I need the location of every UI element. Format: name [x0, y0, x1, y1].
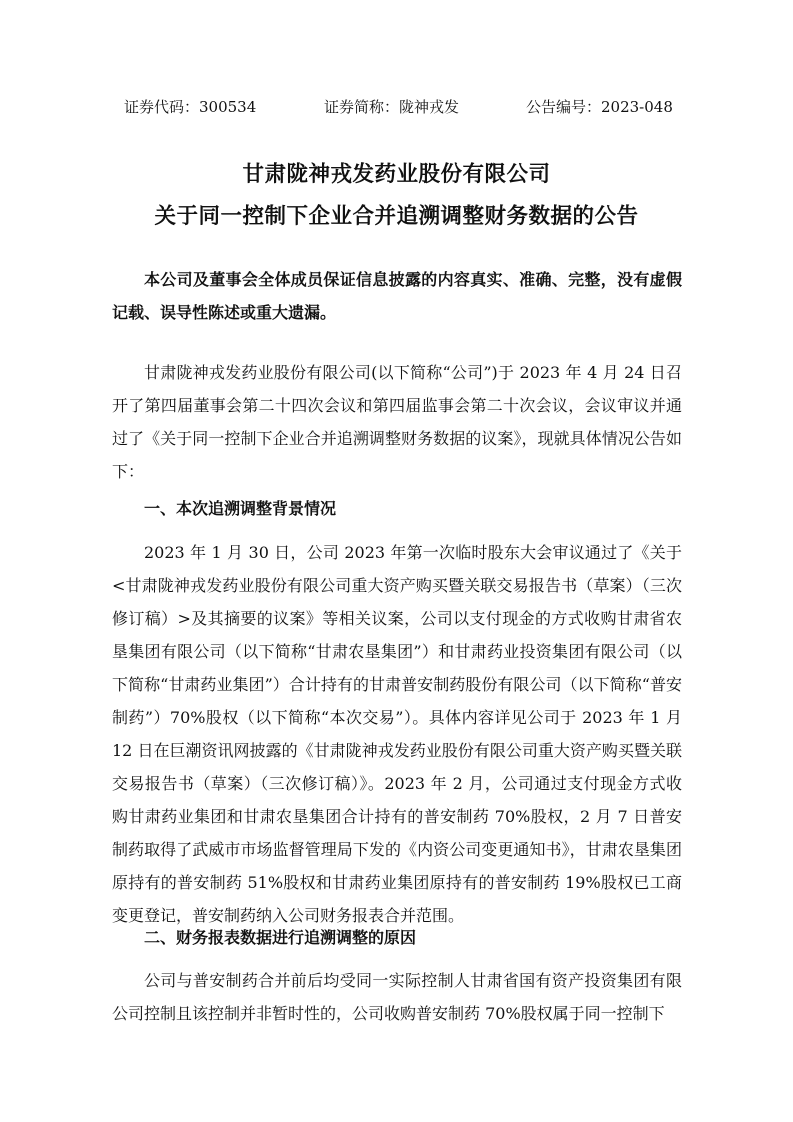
section-1-heading: 一、本次追溯调整背景情况	[144, 497, 336, 521]
document-header: 证券代码：300534 证券简称：陇神戎发 公告编号：2023-048	[124, 96, 680, 116]
stock-name: 证券简称：陇神戎发	[324, 96, 459, 117]
intro-paragraph: 甘肃陇神戎发药业股份有限公司(以下简称“公司”)于 2023 年 4 月 24 …	[112, 356, 682, 488]
board-statement: 本公司及董事会全体成员保证信息披露的内容真实、准确、完整，没有虚假记载、误导性陈…	[112, 263, 682, 329]
section-1-body: 2023 年 1 月 30 日，公司 2023 年第一次临时股东大会审议通过了《…	[112, 536, 682, 932]
announcement-number: 公告编号：2023-048	[526, 96, 673, 117]
section-2-heading: 二、财务报表数据进行追溯调整的原因	[144, 926, 416, 950]
company-title: 甘肃陇神戎发药业股份有限公司	[0, 157, 793, 188]
stock-code: 证券代码：300534	[124, 96, 256, 117]
announcement-title: 关于同一控制下企业合并追溯调整财务数据的公告	[0, 199, 793, 230]
section-2-body: 公司与普安制药合并前后均受同一实际控制人甘肃省国有资产投资集团有限公司控制且该控…	[112, 964, 682, 1030]
